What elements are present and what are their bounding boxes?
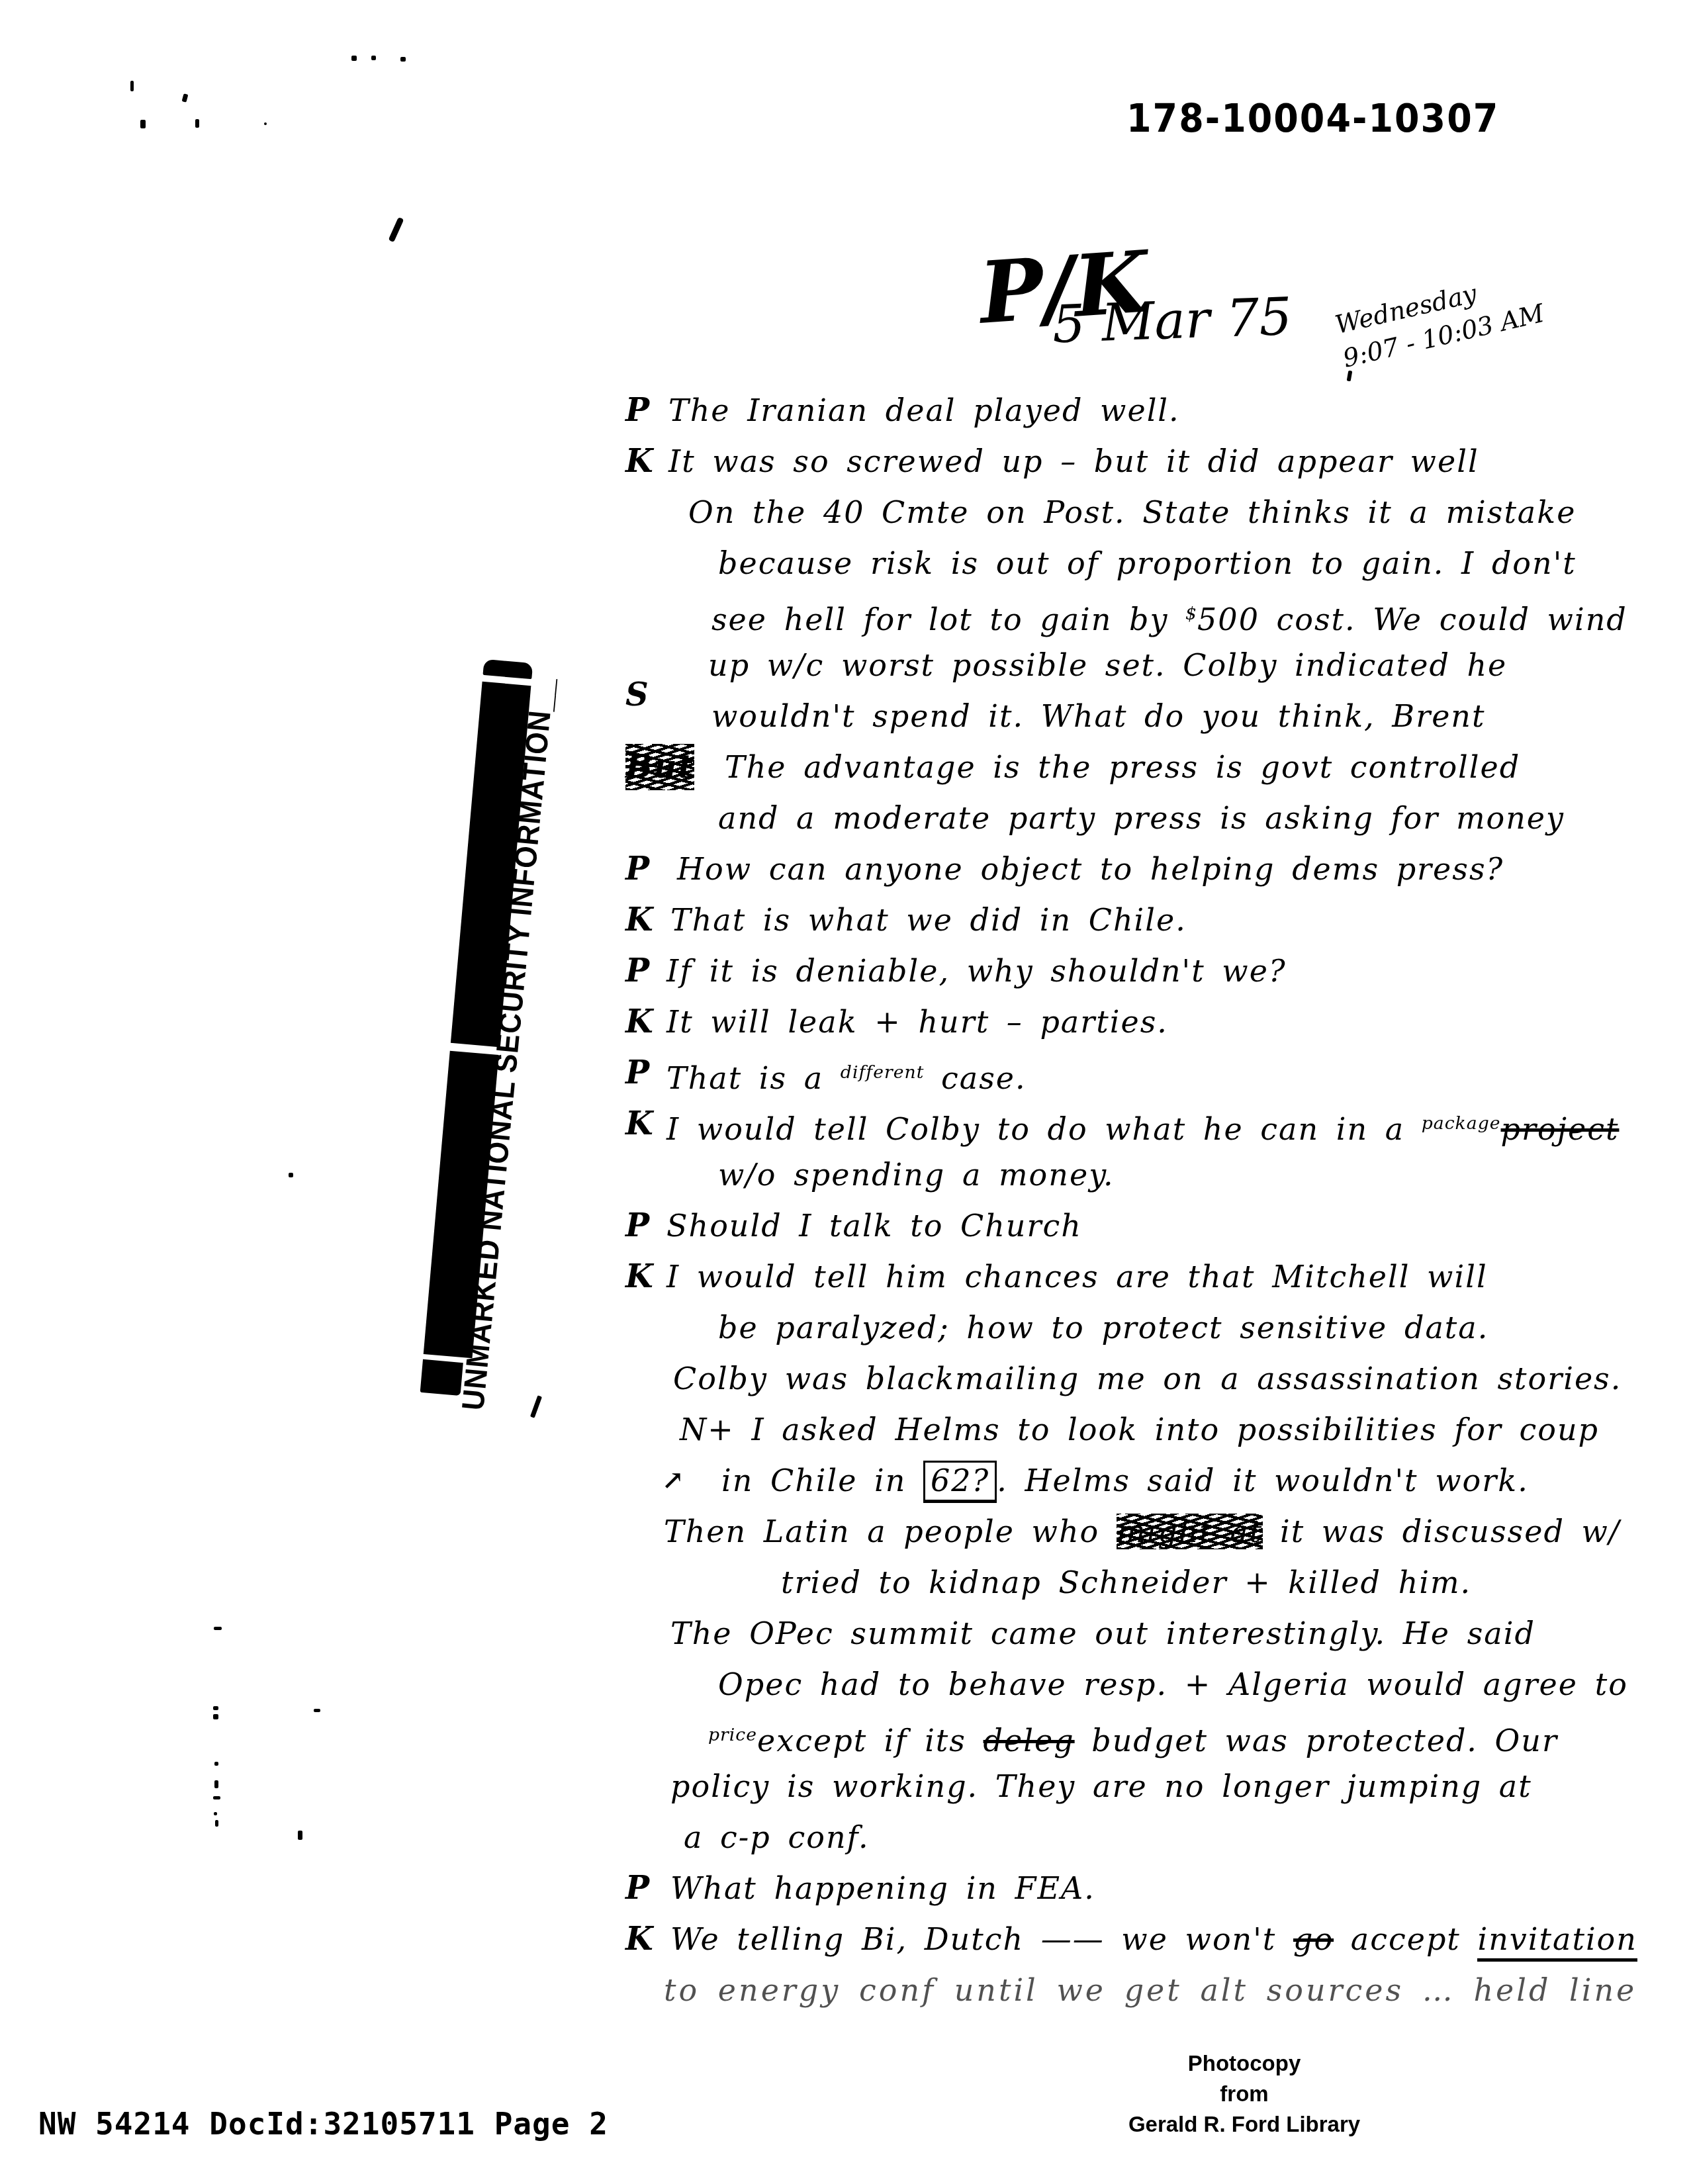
handwriting-body: PThe Iranian deal played well.KIt was so…: [625, 387, 1691, 2018]
handwritten-text: That is what we did in Chile.: [625, 897, 1691, 943]
photocopy-stamp-line: from: [1125, 2079, 1363, 2109]
handwritten-text: policy is working. They are no longer ju…: [625, 1763, 1691, 1809]
security-stamp-group: UNMARKED NATIONAL SECURITY INFORMATION__: [387, 652, 546, 1426]
handwritten-line: PThe Iranian deal played well.: [625, 387, 1691, 438]
scan-speck: [314, 1709, 320, 1712]
handwritten-line: ButThe advantage is the press is govt co…: [625, 744, 1691, 795]
handwritten-text: to energy conf until we get alt sources …: [625, 1967, 1691, 2013]
speaker-initial: K: [625, 999, 655, 1045]
handwritten-text: The Iranian deal played well.: [625, 387, 1691, 433]
handwritten-text: priceexcept if its deleg budget was prot…: [625, 1712, 1691, 1764]
scan-speck: [130, 81, 134, 91]
handwritten-line: to energy conf until we get alt sources …: [625, 1967, 1691, 2018]
handwritten-line: Swouldn't spend it. What do you think, B…: [625, 693, 1691, 744]
scan-speck: [1347, 371, 1353, 382]
handwritten-text: because risk is out of proportion to gai…: [625, 540, 1691, 586]
handwritten-line: KIt was so screwed up – but it did appea…: [625, 438, 1691, 489]
speaker-initial: P: [625, 1050, 651, 1096]
handwritten-text: That is a different case.: [625, 1050, 1691, 1101]
scan-speck: [195, 119, 199, 128]
handwritten-text: wouldn't spend it. What do you think, Br…: [625, 693, 1691, 739]
scanned-document-page: 178-10004-10307 P/K 5 Mar 75 Wednesday 9…: [0, 0, 1693, 2184]
speaker-initial: P: [625, 846, 651, 892]
handwritten-line: KI would tell Colby to do what he can in…: [625, 1101, 1691, 1152]
handwritten-line: On the 40 Cmte on Post. State thinks it …: [625, 489, 1691, 540]
handwritten-text: What happening in FEA.: [625, 1865, 1691, 1911]
handwritten-text: If it is deniable, why shouldn't we?: [625, 948, 1691, 994]
handwritten-line: tried to kidnap Schneider + killed him.: [625, 1559, 1691, 1610]
handwritten-text: Should I talk to Church: [625, 1203, 1691, 1249]
speaker-initial: P: [625, 387, 651, 433]
scan-speck: [213, 1714, 218, 1719]
handwritten-text: see hell for lot to gain by $500 cost. W…: [625, 591, 1691, 643]
speaker-initial: K: [625, 438, 655, 484]
handwritten-text: a c-p conf.: [625, 1814, 1691, 1860]
handwritten-text: How can anyone object to helping dems pr…: [625, 846, 1691, 892]
header-time-annotation: Wednesday 9:07 - 10:03 AM: [1332, 262, 1547, 375]
header-date: 5 Mar 75: [1052, 287, 1293, 355]
speaker-initial: P: [625, 1865, 651, 1911]
handwritten-text: be paralyzed; how to protect sensitive d…: [625, 1304, 1691, 1351]
handwritten-line: N+ I asked Helms to look into possibilit…: [625, 1406, 1691, 1457]
handwritten-text: Colby was blackmailing me on a assassina…: [625, 1355, 1691, 1402]
speaker-initial: ↗: [662, 1457, 686, 1504]
speaker-initial: K: [625, 1101, 655, 1147]
handwritten-text: I would tell Colby to do what he can in …: [625, 1101, 1691, 1152]
handwritten-text: up w/c worst possible set. Colby indicat…: [625, 642, 1691, 688]
handwritten-text: w/o spending a money.: [625, 1152, 1691, 1198]
document-number: 178-10004-10307: [1126, 96, 1499, 141]
handwritten-line: KWe telling Bi, Dutch —— we won't go acc…: [625, 1916, 1691, 1967]
handwritten-line: KIt will leak + hurt – parties.: [625, 999, 1691, 1050]
handwritten-line: ↗in Chile in 62?. Helms said it wouldn't…: [625, 1457, 1691, 1508]
speaker-initial: K: [625, 1916, 655, 1962]
photocopy-stamp-line: Photocopy: [1125, 2048, 1363, 2079]
handwritten-text: Then Latin a people who might at it was …: [625, 1508, 1691, 1555]
speaker-initial: K: [625, 1253, 655, 1300]
handwritten-line: up w/c worst possible set. Colby indicat…: [625, 642, 1691, 693]
speaker-initial: P: [625, 1203, 651, 1249]
scan-speck: [298, 1831, 302, 1840]
handwritten-text: The OPec summit came out interestingly. …: [625, 1610, 1691, 1657]
handwritten-line: priceexcept if its deleg budget was prot…: [625, 1712, 1691, 1763]
scan-speck: [182, 93, 189, 102]
handwritten-line: PHow can anyone object to helping dems p…: [625, 846, 1691, 897]
handwritten-line: PThat is a different case.: [625, 1050, 1691, 1101]
scan-speck: [264, 122, 267, 125]
handwritten-line: KI would tell him chances are that Mitch…: [625, 1253, 1691, 1304]
scan-speck: [214, 1812, 217, 1815]
handwritten-text: and a moderate party press is asking for…: [625, 795, 1691, 841]
handwritten-text: We telling Bi, Dutch —— we won't go acce…: [625, 1916, 1691, 1962]
speaker-initial: But: [625, 744, 694, 790]
photocopy-stamp-line: Gerald R. Ford Library: [1125, 2109, 1363, 2140]
scan-speck: [213, 1796, 220, 1799]
scan-speck: [351, 56, 357, 61]
handwritten-line: policy is working. They are no longer ju…: [625, 1763, 1691, 1814]
handwritten-text: in Chile in 62?. Helms said it wouldn't …: [625, 1457, 1691, 1504]
scan-speck: [140, 120, 146, 128]
handwritten-text: N+ I asked Helms to look into possibilit…: [625, 1406, 1691, 1453]
photocopy-stamp: Photocopy from Gerald R. Ford Library: [1125, 2048, 1363, 2140]
handwritten-line: PIf it is deniable, why shouldn't we?: [625, 948, 1691, 999]
scan-speck: [214, 1627, 222, 1630]
handwritten-text: tried to kidnap Schneider + killed him.: [625, 1559, 1691, 1606]
handwritten-line: PShould I talk to Church: [625, 1203, 1691, 1253]
scan-speck: [389, 217, 404, 242]
handwritten-line: a c-p conf.: [625, 1814, 1691, 1865]
handwritten-line: The OPec summit came out interestingly. …: [625, 1610, 1691, 1661]
handwritten-text: Opec had to behave resp. + Algeria would…: [625, 1661, 1691, 1707]
handwritten-line: Opec had to behave resp. + Algeria would…: [625, 1661, 1691, 1712]
archive-reference: NW 54214 DocId:32105711 Page 2: [38, 2106, 608, 2142]
scan-speck: [400, 57, 406, 62]
speaker-initial: P: [625, 948, 651, 994]
handwritten-line: and a moderate party press is asking for…: [625, 795, 1691, 846]
scan-speck: [213, 1706, 218, 1710]
handwritten-line: Then Latin a people who might at it was …: [625, 1508, 1691, 1559]
scan-speck: [371, 56, 376, 60]
handwritten-line: PWhat happening in FEA.: [625, 1865, 1691, 1916]
handwritten-text: The advantage is the press is govt contr…: [625, 744, 1691, 790]
handwritten-line: be paralyzed; how to protect sensitive d…: [625, 1304, 1691, 1355]
handwritten-text: I would tell him chances are that Mitche…: [625, 1253, 1691, 1300]
handwritten-line: because risk is out of proportion to gai…: [625, 540, 1691, 591]
speaker-initial: K: [625, 897, 655, 943]
handwritten-line: w/o spending a money.: [625, 1152, 1691, 1203]
handwritten-text: On the 40 Cmte on Post. State thinks it …: [625, 489, 1691, 535]
handwritten-line: Colby was blackmailing me on a assassina…: [625, 1355, 1691, 1406]
scan-speck: [215, 1820, 218, 1827]
handwritten-line: KThat is what we did in Chile.: [625, 897, 1691, 948]
handwritten-text: It will leak + hurt – parties.: [625, 999, 1691, 1045]
scan-speck: [214, 1780, 218, 1788]
scan-speck: [289, 1173, 293, 1177]
speaker-initial: S: [625, 672, 650, 718]
handwritten-text: It was so screwed up – but it did appear…: [625, 438, 1691, 484]
handwritten-line: see hell for lot to gain by $500 cost. W…: [625, 591, 1691, 642]
scan-speck: [214, 1762, 218, 1766]
